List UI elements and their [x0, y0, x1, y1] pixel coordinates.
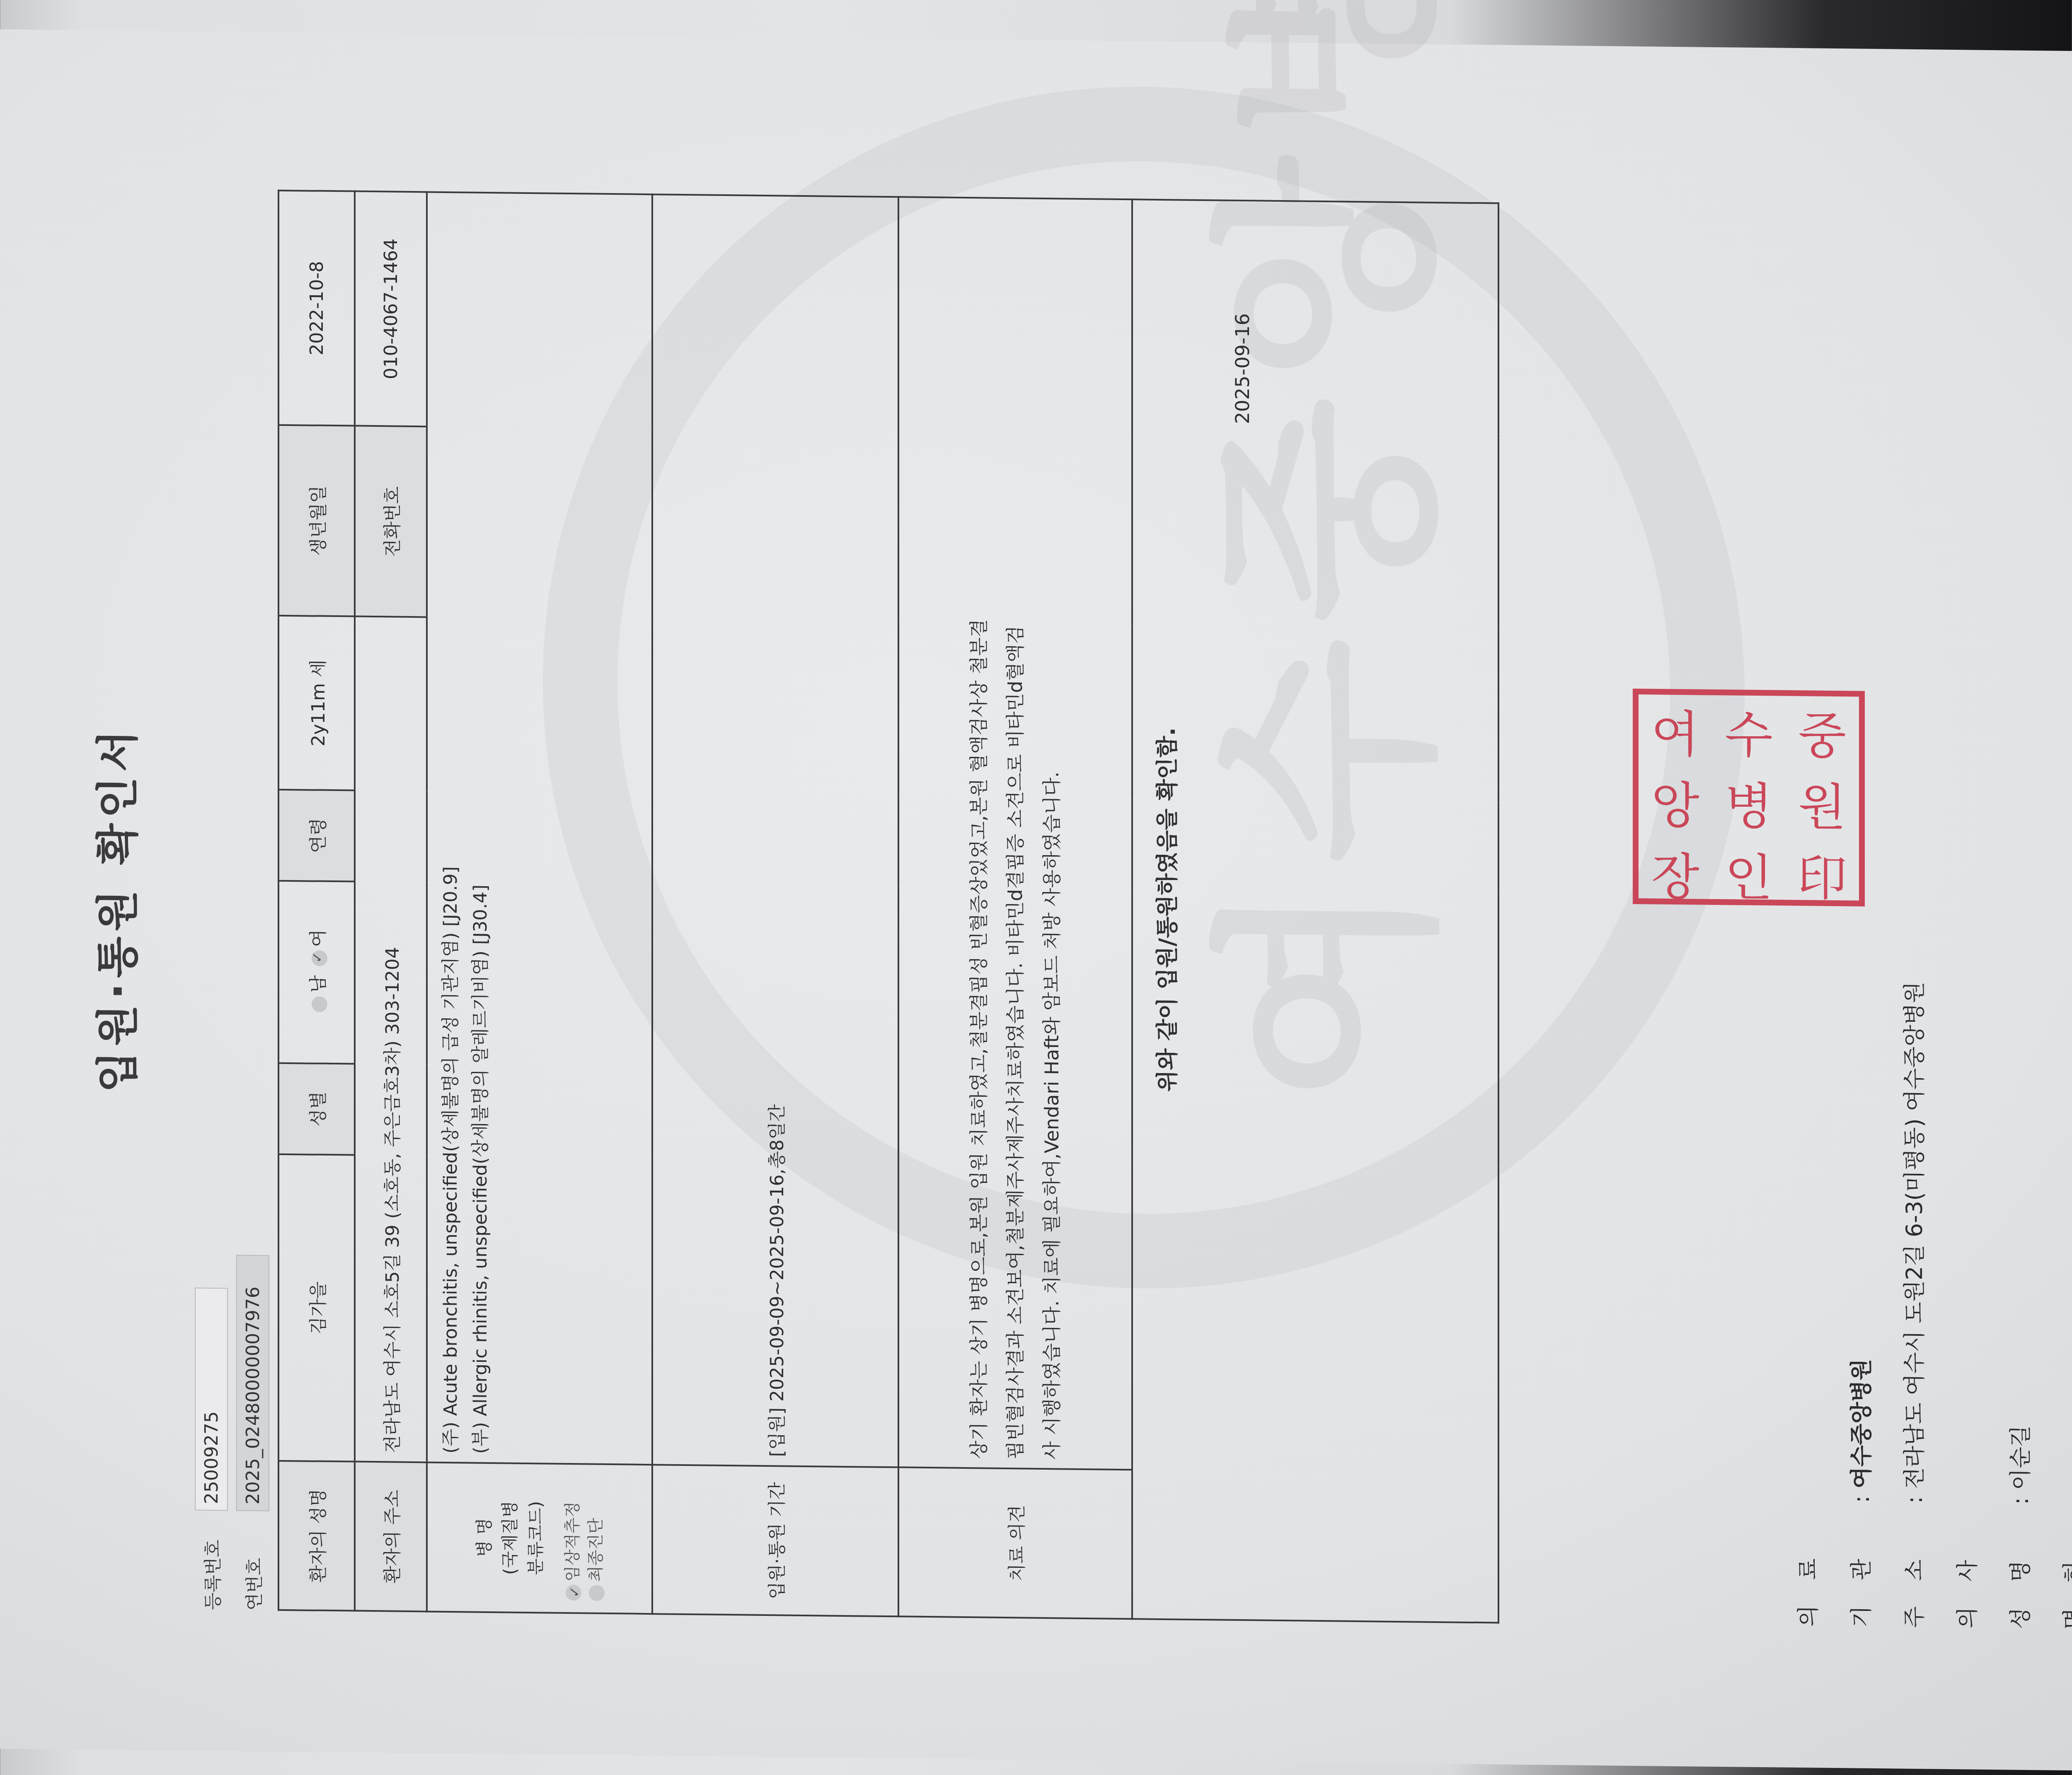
reg-no-value: 25009275	[195, 1288, 228, 1511]
patient-info-row: 환자의 성명 김가을 성별 남 여 연령 2y11m 세 생년월일 2022-1…	[278, 191, 355, 1611]
opinion-text: 상기 환자는 상기 병명으로,본원 입원 치료하였고,철분결핍성 빈혈증상있었고…	[898, 197, 1132, 1470]
hospital-address-label: 주 소	[1888, 1503, 1941, 1628]
phone-label: 전화번호	[355, 426, 427, 617]
doctor-name: 이순길	[2007, 1425, 2033, 1490]
opinion-line-3: 사 시행하였습니다. 치료에 필요하여,Vendari Haft와 암보드 처방…	[1034, 208, 1070, 1460]
clinical-estimate-option: 임상적추정	[561, 1473, 584, 1604]
opinion-label: 치료 의견	[898, 1467, 1132, 1619]
sex-male-label: 남	[308, 975, 329, 993]
sex-male-radio	[312, 996, 327, 1012]
unchecked-circle-icon	[589, 1585, 605, 1601]
confirmation-date: 2025-09-16	[1231, 210, 1254, 1611]
opinion-line-2: 핍빈혈검사결과 소견보여,철분제주사제주사치료하였습니다. 비타민d결핍증 소견…	[997, 207, 1034, 1460]
age-cell: 2y11m 세	[278, 616, 355, 791]
diagnosis-secondary: (부) Allergic rhinitis, unspecified(상세불명의…	[466, 201, 496, 1454]
diagnosis-label-2: (국제질병	[497, 1472, 523, 1603]
name-label: 환자의 성명	[278, 1461, 355, 1611]
period-value: [입원] 2025-09-09~2025-09-16,총8일간	[652, 194, 898, 1467]
serial-no-label: 연번호	[240, 1511, 266, 1611]
hospital-address: 전라남도 여수시 도원2길 6-3(미평동) 여수중앙병원	[1901, 982, 1927, 1489]
certificate-table: 환자의 성명 김가을 성별 남 여 연령 2y11m 세 생년월일 2022-1…	[278, 190, 1499, 1624]
final-diagnosis-option: 최종진단	[584, 1473, 608, 1604]
hospital-seal-stamp: 여 수 중 앙 병 원 장 인 印	[1633, 689, 1865, 907]
doctor-label: 의 사 성 명	[1941, 1504, 2047, 1630]
check-icon	[566, 1585, 581, 1601]
phone-value: 010-4067-1464	[355, 191, 427, 427]
patient-address: 전라남도 여수시 소호5길 39 (소호동, 주은금호3차) 303-1204	[355, 617, 427, 1463]
age-value: 2y11m	[308, 683, 329, 746]
diagnosis-label-3: 분류코드)	[523, 1473, 549, 1604]
hospital-info: 의 료 기 관: 여수중앙병원 주 소: 전라남도 여수시 도원2길 6-3(미…	[1782, 980, 2072, 1630]
sex-female-label: 여	[308, 929, 329, 947]
address-row: 환자의 주소 전라남도 여수시 소호5길 39 (소호동, 주은금호3차) 30…	[355, 191, 427, 1612]
diagnosis-label: 병 명	[472, 1472, 497, 1603]
diagnosis-primary: (주) Acute bronchitis, unspecified(상세불명의 …	[436, 201, 466, 1454]
confirmation-row: 위와 같이 입원/통원하였음을 확인함. 2025-09-16	[1132, 199, 1498, 1623]
age-label: 연령	[278, 790, 355, 882]
institution-label: 의 료 기 관	[1782, 1502, 1888, 1628]
confirmation-text: 위와 같이 입원/통원하였음을 확인함.	[1150, 209, 1181, 1611]
period-label: 입원·통원 기간	[652, 1465, 898, 1616]
diagnosis-row: 병 명 (국제질병 분류코드) 임상적추정 최종진단 (주) Acute bro…	[427, 192, 652, 1614]
age-unit: 세	[308, 660, 329, 677]
serial-no-value: 2025_02480000007976	[236, 1255, 269, 1511]
sex-selector: 남 여	[278, 881, 355, 1064]
sex-label: 성별	[278, 1063, 355, 1155]
license-label: 면 허 번 호	[2047, 1505, 2072, 1630]
birth-label: 생년월일	[278, 425, 355, 617]
institution-name: 여수중앙병원	[1848, 1359, 1874, 1489]
sex-female-radio	[312, 950, 327, 966]
opinion-row: 치료 의견 상기 환자는 상기 병명으로,본원 입원 치료하였고,철분결핍성 빈…	[898, 197, 1132, 1619]
birth-value: 2022-10-8	[278, 191, 355, 426]
confirmation-cell: 위와 같이 입원/통원하였음을 확인함. 2025-09-16	[1132, 199, 1498, 1623]
reg-no-label: 등록번호	[198, 1511, 225, 1611]
diagnosis-list: (주) Acute bronchitis, unspecified(상세불명의 …	[427, 192, 652, 1465]
page-title: 입원·통원 확인서	[83, 167, 145, 1651]
address-label: 환자의 주소	[355, 1462, 427, 1612]
diagnosis-label-cell: 병 명 (국제질병 분류코드) 임상적추정 최종진단	[427, 1462, 652, 1614]
period-row: 입원·통원 기간 [입원] 2025-09-09~2025-09-16,총8일간	[652, 194, 898, 1616]
registration-block: 등록번호 25009275 연번호 2025_02480000007976	[191, 1254, 274, 1611]
document-sheet: 여수중앙병원 입원·통원 확인서 등록번호 25009275 연번호 2025_…	[0, 29, 2072, 1773]
opinion-line-1: 상기 환자는 상기 병명으로,본원 입원 치료하였고,철분결핍성 빈혈증상있었고…	[961, 207, 997, 1459]
patient-name: 김가을	[278, 1154, 355, 1462]
